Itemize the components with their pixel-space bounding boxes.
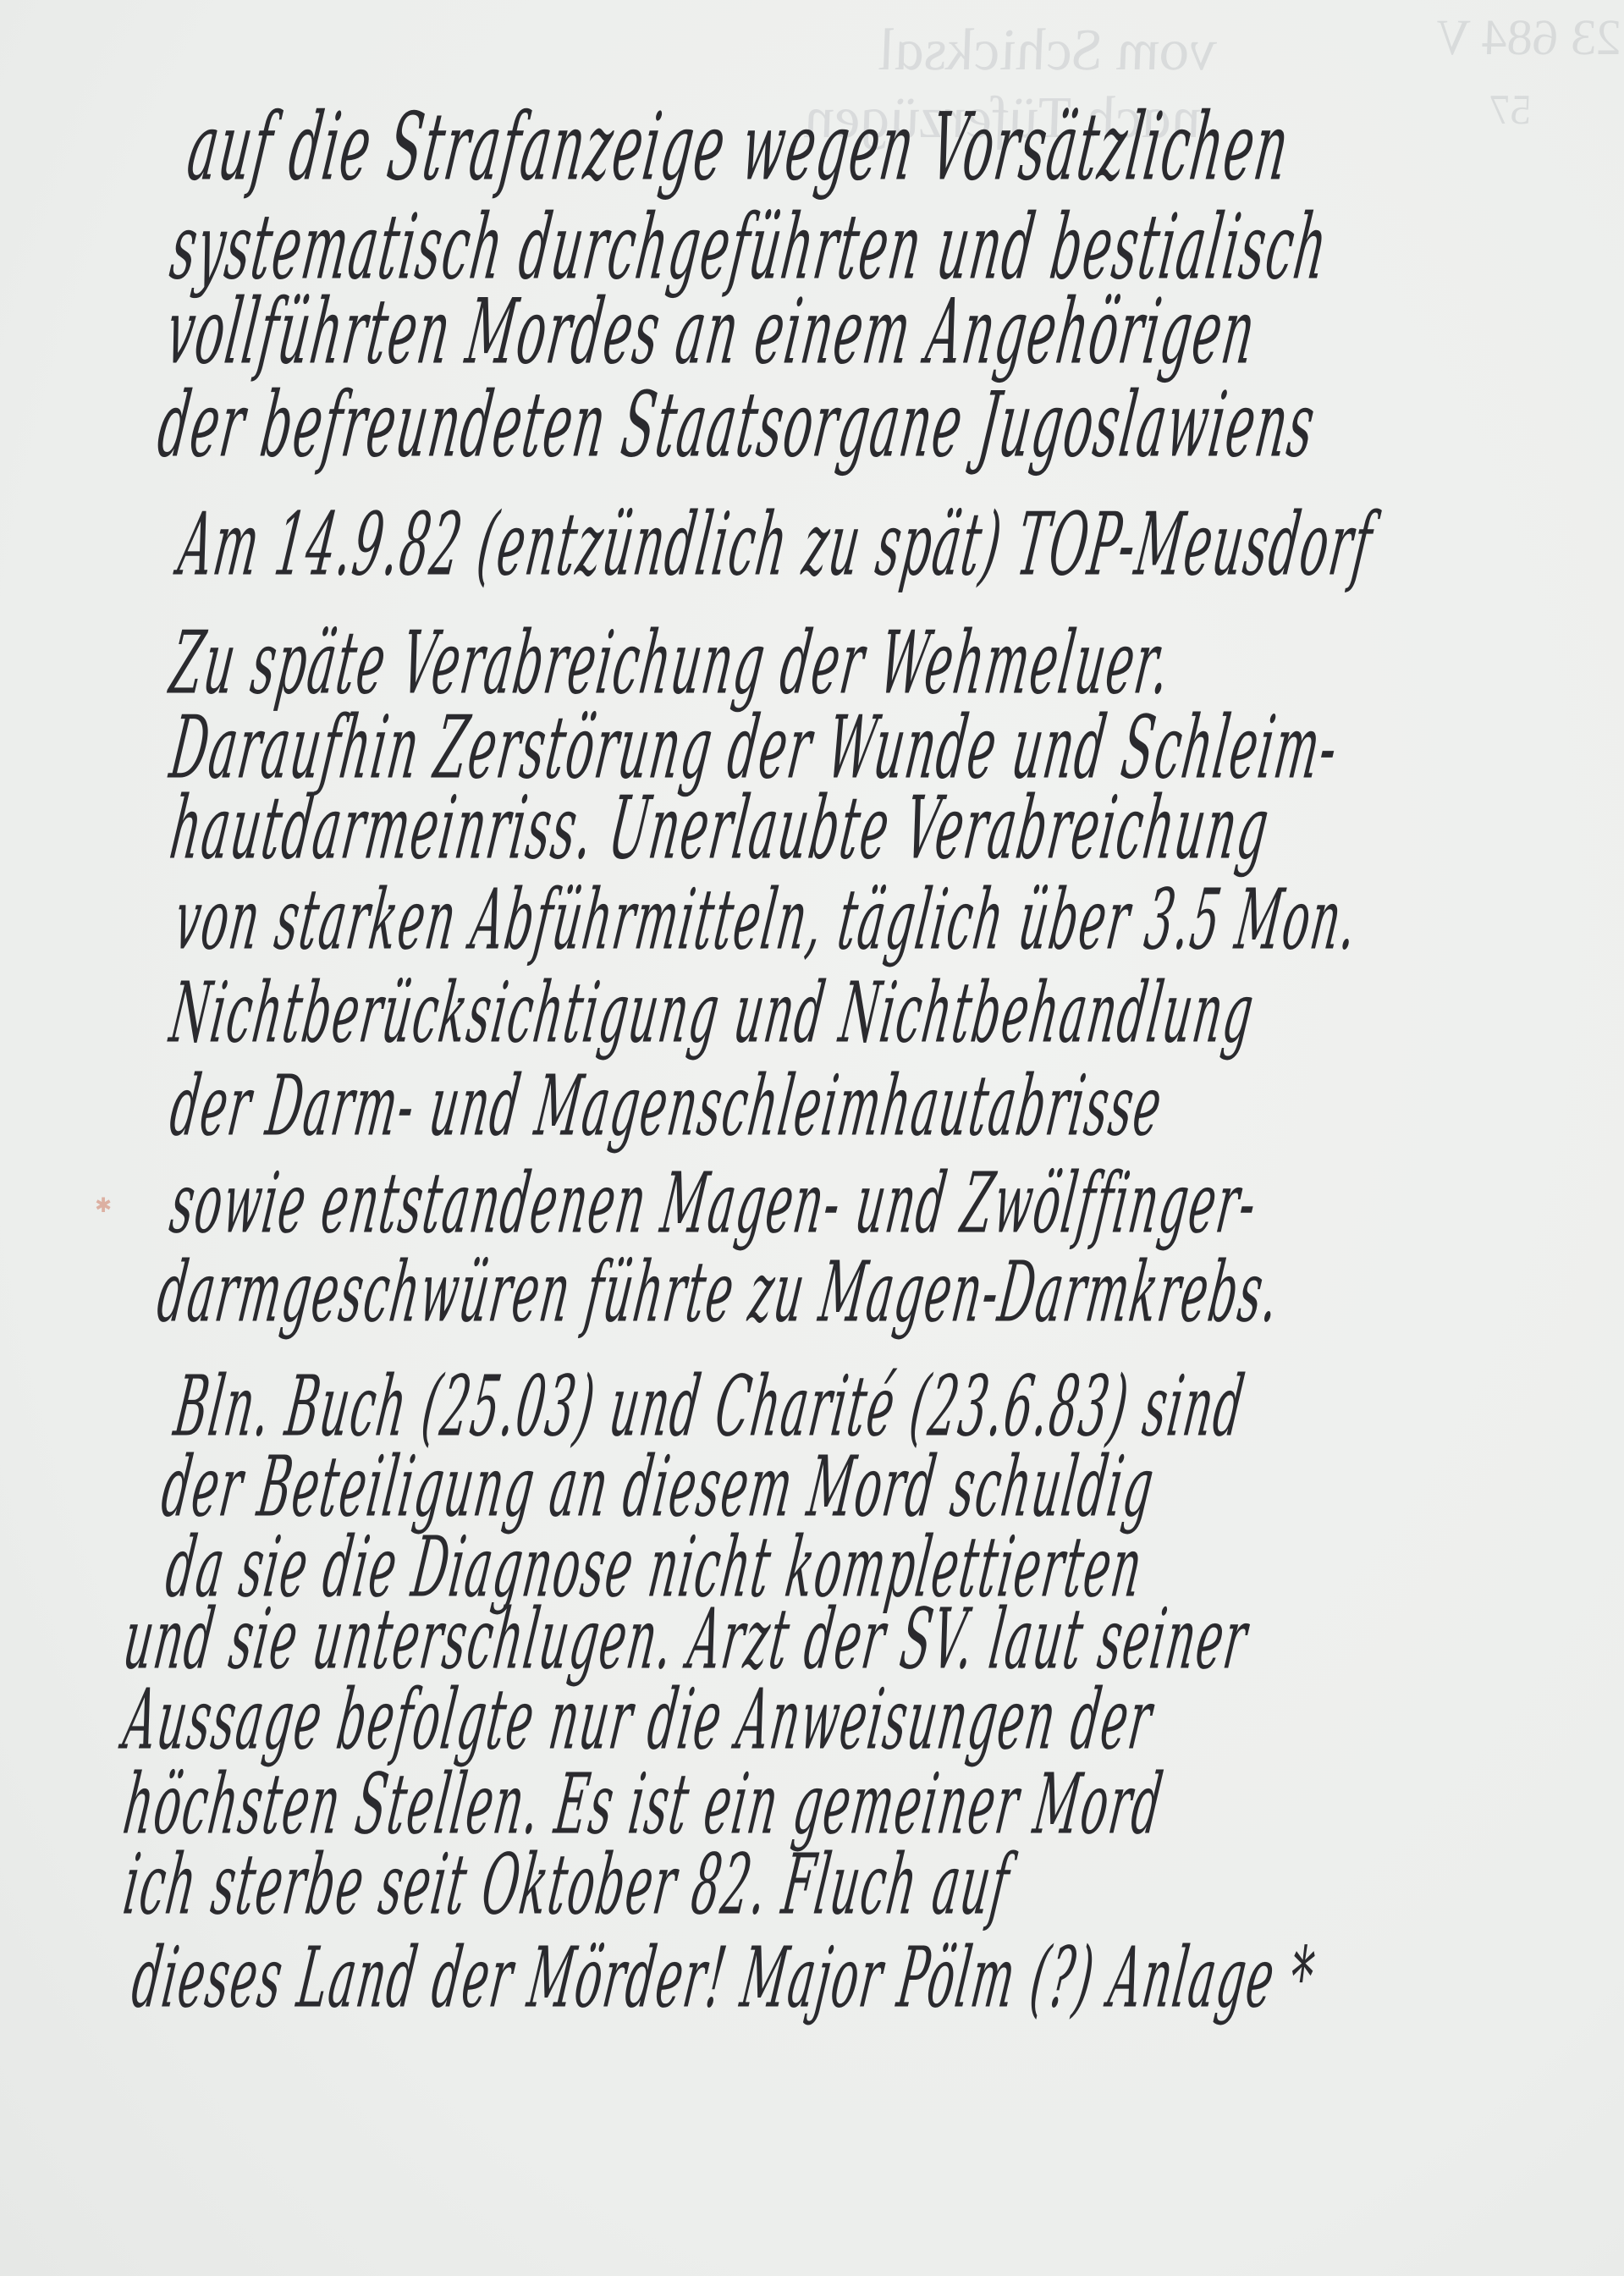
document-page: dn 23 684 V 57 vom Schicksalnach Tüferzü… — [0, 0, 1624, 2276]
text-line: Am 14.9.82 (entzündlich zu spät) TOP-Meu… — [173, 542, 1366, 595]
page-number-mark: 57 — [1484, 85, 1537, 134]
text-line: auf die Strafanzeige wegen Vorsätzlichen — [182, 144, 1282, 201]
text-line: Nichtberücksichtigung und Nichtbehandlun… — [165, 1011, 1247, 1062]
text-line: von starken Abführmitteln, täglich über … — [169, 918, 1351, 969]
text-line: der befreundeten Staatsorgane Jugoslawie… — [152, 423, 1307, 478]
archive-mark-top-right: dn 23 684 V — [1433, 8, 1624, 67]
text-line: darmgeschwüren führte zu Magen-Darmkrebs… — [152, 1291, 1273, 1342]
text-line: hautdarmeinriss. Unerlaubte Verabreichun… — [165, 825, 1263, 879]
text-line: dieses Land der Mörder! Major Pölm (?) A… — [127, 1976, 1307, 2027]
text-line: ich sterbe seit Oktober 82. Fluch auf — [118, 1883, 1003, 1934]
stain-mark: ✱ — [95, 1193, 112, 1217]
text-line: der Darm- und Magenschleimhautabrisse — [165, 1105, 1155, 1155]
